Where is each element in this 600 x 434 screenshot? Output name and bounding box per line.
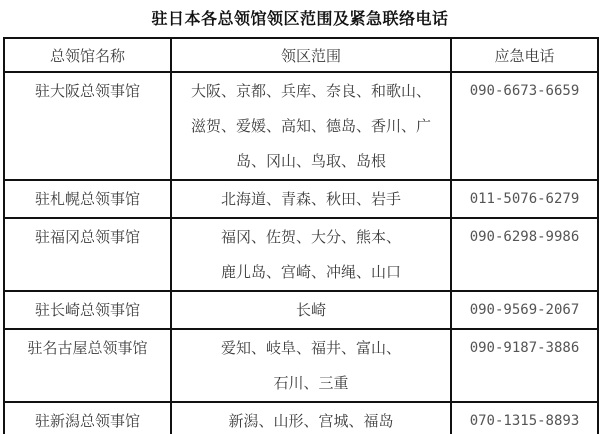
region-cell: 新潟、山形、宫城、福岛 — [171, 402, 451, 434]
table-row: 驻名古屋总领事馆 爱知、岐阜、福井、富山、 石川、三重 090-9187-388… — [4, 329, 598, 402]
region-cell: 爱知、岐阜、福井、富山、 石川、三重 — [171, 329, 451, 402]
header-region: 领区范围 — [171, 38, 451, 72]
table-row: 驻新潟总领事馆 新潟、山形、宫城、福岛 070-1315-8893 — [4, 402, 598, 434]
emergency-phone: 011-5076-6279 — [451, 180, 598, 218]
table-row: 驻札幌总领事馆 北海道、青森、秋田、岩手 011-5076-6279 — [4, 180, 598, 218]
consulate-name: 驻新潟总领事馆 — [4, 402, 171, 434]
header-consulate-name: 总领馆名称 — [4, 38, 171, 72]
emergency-phone: 090-6298-9986 — [451, 218, 598, 291]
emergency-phone: 090-6673-6659 — [451, 72, 598, 180]
emergency-phone: 070-1315-8893 — [451, 402, 598, 434]
region-cell: 福冈、佐贺、大分、熊本、 鹿儿岛、宫崎、冲绳、山口 — [171, 218, 451, 291]
region-line: 爱知、岐阜、福井、富山、 — [172, 331, 450, 366]
consulate-table: 总领馆名称 领区范围 应急电话 驻大阪总领事馆 大阪、京都、兵库、奈良、和歌山、… — [3, 37, 599, 434]
consulate-name: 驻福冈总领事馆 — [4, 218, 171, 291]
consulate-name: 驻长崎总领事馆 — [4, 291, 171, 329]
consulate-name: 驻大阪总领事馆 — [4, 72, 171, 180]
table-row: 驻福冈总领事馆 福冈、佐贺、大分、熊本、 鹿儿岛、宫崎、冲绳、山口 090-62… — [4, 218, 598, 291]
region-line: 新潟、山形、宫城、福岛 — [172, 404, 450, 434]
region-line: 大阪、京都、兵库、奈良、和歌山、 — [172, 74, 450, 109]
table-header-row: 总领馆名称 领区范围 应急电话 — [4, 38, 598, 72]
region-cell: 大阪、京都、兵库、奈良、和歌山、 滋贺、爱媛、高知、德岛、香川、广 岛、冈山、鸟… — [171, 72, 451, 180]
region-cell: 北海道、青森、秋田、岩手 — [171, 180, 451, 218]
region-line: 福冈、佐贺、大分、熊本、 — [172, 220, 450, 255]
region-line: 长崎 — [172, 293, 450, 328]
table-row: 驻长崎总领事馆 长崎 090-9569-2067 — [4, 291, 598, 329]
header-emergency-phone: 应急电话 — [451, 38, 598, 72]
region-line: 石川、三重 — [172, 366, 450, 401]
region-cell: 长崎 — [171, 291, 451, 329]
region-line: 鹿儿岛、宫崎、冲绳、山口 — [172, 255, 450, 290]
consulate-name: 驻札幌总领事馆 — [4, 180, 171, 218]
region-line: 岛、冈山、鸟取、岛根 — [172, 144, 450, 179]
emergency-phone: 090-9569-2067 — [451, 291, 598, 329]
region-line: 滋贺、爱媛、高知、德岛、香川、广 — [172, 109, 450, 144]
page-title: 驻日本各总领馆领区范围及紧急联络电话 — [0, 6, 600, 29]
consulate-name: 驻名古屋总领事馆 — [4, 329, 171, 402]
table-row: 驻大阪总领事馆 大阪、京都、兵库、奈良、和歌山、 滋贺、爱媛、高知、德岛、香川、… — [4, 72, 598, 180]
region-line: 北海道、青森、秋田、岩手 — [172, 182, 450, 217]
emergency-phone: 090-9187-3886 — [451, 329, 598, 402]
